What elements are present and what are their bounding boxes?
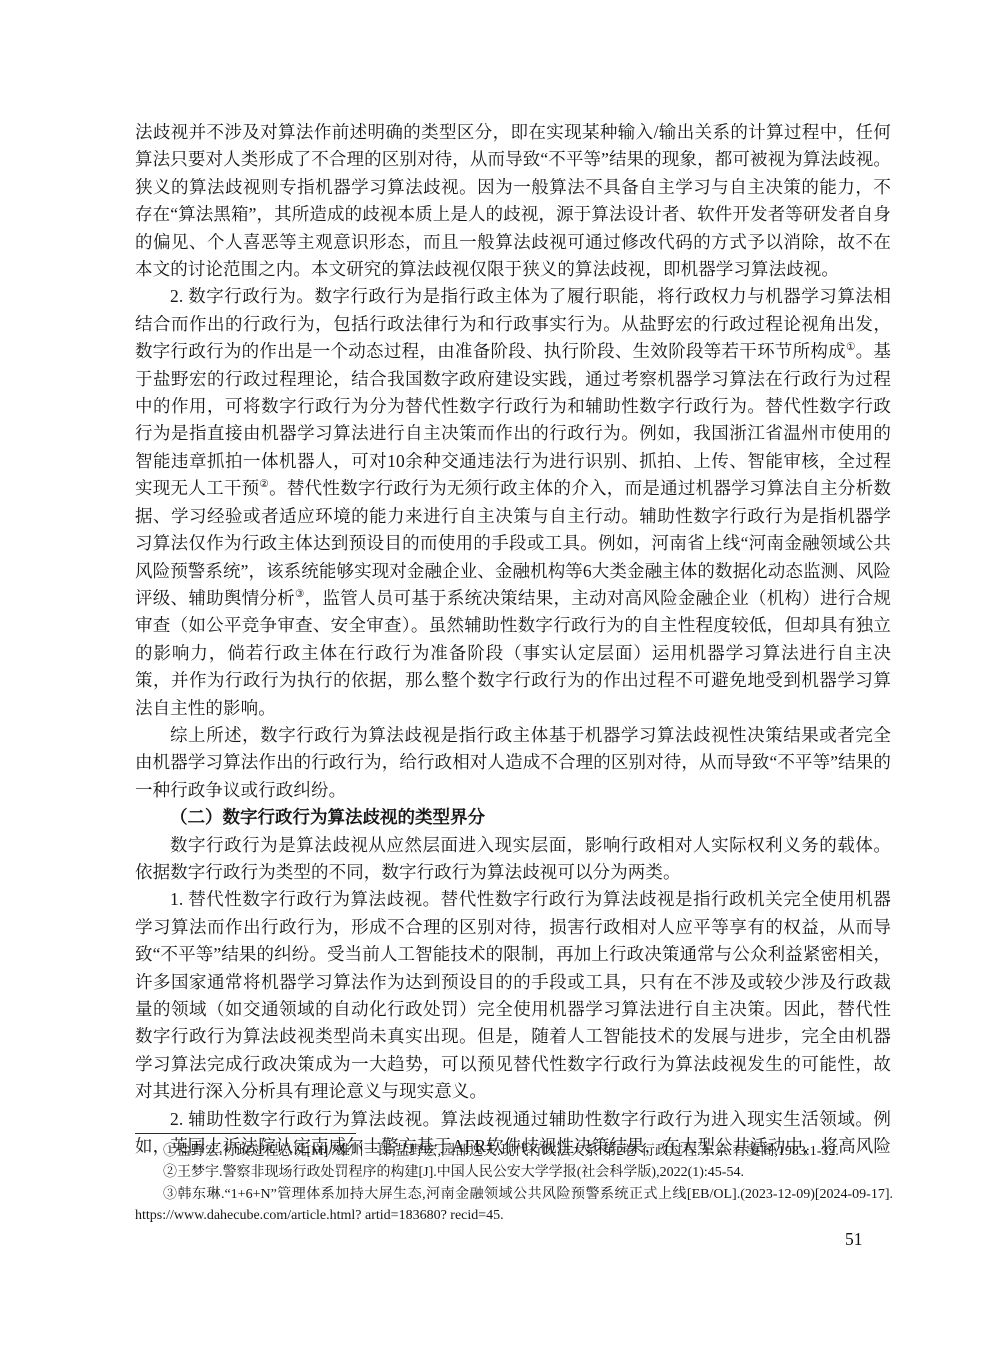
footnote-ref: ② [259, 479, 269, 490]
article-body: 法歧视并不涉及对算法作前述明确的类型区分，即在实现某种输入/输出关系的计算过程中… [135, 119, 891, 1160]
footnotes-section: ①盐野宏.行政过程总说[M]//雄川一郎,盐野宏,园部逸夫.现代行政法大系:第2… [135, 1133, 893, 1226]
section-heading: （二）数字行政行为算法歧视的类型界分 [135, 804, 891, 831]
footnote-ref: ① [846, 342, 856, 353]
page-number: 51 [845, 1229, 863, 1250]
footnote-separator [135, 1133, 356, 1134]
footnote-ref: ③ [295, 589, 305, 600]
body-paragraph: 法歧视并不涉及对算法作前述明确的类型区分，即在实现某种输入/输出关系的计算过程中… [135, 119, 891, 283]
body-paragraph: 2. 数字行政行为。数字行政行为是指行政主体为了履行职能，将行政权力与机器学习算… [135, 283, 891, 722]
footnote: ①盐野宏.行政过程总说[M]//雄川一郎,盐野宏,园部逸夫.现代行政法大系:第2… [135, 1141, 893, 1162]
body-paragraph: 数字行政行为是算法歧视从应然层面进入现实层面，影响行政相对人实际权利义务的载体。… [135, 832, 891, 887]
footnote-list: ①盐野宏.行政过程总说[M]//雄川一郎,盐野宏,园部逸夫.现代行政法大系:第2… [135, 1141, 893, 1226]
document-page: 法歧视并不涉及对算法作前述明确的类型区分，即在实现某种输入/输出关系的计算过程中… [0, 0, 1000, 1347]
body-paragraph: 综上所述，数字行政行为算法歧视是指行政主体基于机器学习算法歧视性决策结果或者完全… [135, 722, 891, 804]
footnote: ②王梦宇.警察非现场行政处罚程序的构建[J].中国人民公安大学学报(社会科学版)… [135, 1162, 893, 1183]
body-paragraph: 1. 替代性数字行政行为算法歧视。替代性数字行政行为算法歧视是指行政机关完全使用… [135, 886, 891, 1105]
footnote: ③韩东琳.“1+6+N”管理体系加持大屏生态,河南金融领域公共风险预警系统正式上… [135, 1184, 893, 1227]
